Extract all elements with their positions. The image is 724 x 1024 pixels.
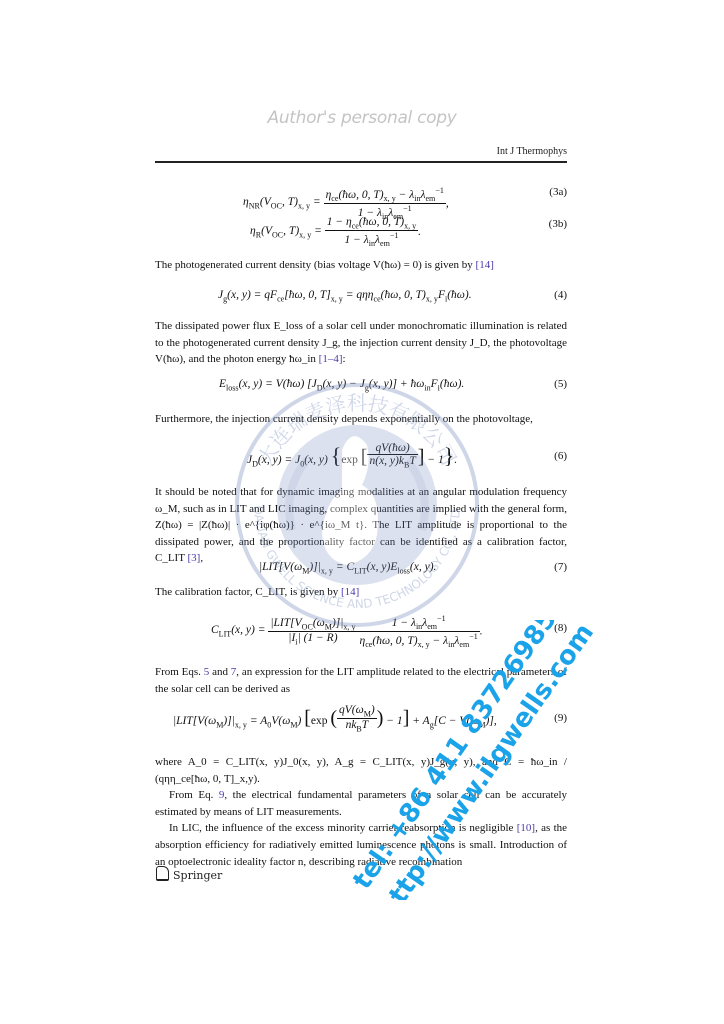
publisher-footer: Springer	[156, 866, 222, 882]
equation-3a: ηNR(VOC, T)x, y = ηce(ħω, 0, T)x, y − λi…	[155, 178, 567, 212]
citation-link[interactable]: [14]	[476, 259, 494, 271]
paragraph: From Eq. 9, the electrical fundamental p…	[155, 787, 567, 820]
paragraph: The dissipated power flux E_loss of a so…	[155, 318, 567, 368]
paragraph: From Eqs. 5 and 7, an expression for the…	[155, 664, 567, 697]
equation-4: Jg(x, y) = qFce[ħω, 0, T]x, y = qηηce(ħω…	[155, 289, 567, 307]
equation-9: |LIT[V(ωM)]|x, y = A0V(ωM) [exp (qV(ωM)n…	[155, 700, 567, 740]
springer-horse-icon	[156, 866, 169, 881]
paragraph: where A_0 = C_LIT(x, y)J_0(x, y), A_g = …	[155, 754, 567, 787]
paragraph: It should be noted that for dynamic imag…	[155, 484, 567, 567]
equation-number: (3a)	[549, 186, 567, 198]
header-rule	[155, 161, 567, 163]
paragraph: The calibration factor, C_LIT, is given …	[155, 584, 567, 601]
equation-number: (3b)	[549, 218, 567, 230]
running-head: Int J Thermophys	[497, 146, 567, 157]
author-copy-banner: Author's personal copy	[0, 108, 724, 128]
publisher-name: Springer	[173, 869, 222, 882]
equation-number: (5)	[554, 378, 567, 390]
paragraph: The photogenerated current density (bias…	[155, 257, 567, 274]
equation-number: (6)	[554, 450, 567, 462]
equation-link[interactable]: 5	[204, 666, 210, 678]
equation-5: Eloss(x, y) = V(ħω) [JD(x, y) − Jg(x, y)…	[155, 378, 567, 396]
equation-3b: ηR(VOC, T)x, y = 1 − ηce(ħω, 0, T)x, y1 …	[155, 212, 567, 246]
paragraph: Furthermore, the injection current densi…	[155, 411, 567, 428]
paragraph-block: where A_0 = C_LIT(x, y)J_0(x, y), A_g = …	[155, 754, 567, 870]
equation-7: |LIT[V(ωM)]|x, y = CLIT(x, y)Eloss(x, y)…	[155, 561, 567, 579]
equation-number: (7)	[554, 561, 567, 573]
paragraph: In LIC, the influence of the excess mino…	[155, 820, 567, 870]
equation-6: JD(x, y) = J0(x, y) {exp [qV(ħω)n(x, y)k…	[155, 438, 567, 476]
equation-8: CLIT(x, y) = |LIT[VOC(ωM)]|x, y|Ii| (1 −…	[155, 610, 567, 650]
citation-link[interactable]: [1–4]	[319, 353, 343, 365]
document-page: Author's personal copy Int J Thermophys …	[0, 0, 724, 1024]
equation-number: (8)	[554, 622, 567, 634]
equation-number: (9)	[554, 712, 567, 724]
citation-link[interactable]: [10]	[517, 822, 535, 834]
equation-number: (4)	[554, 289, 567, 301]
citation-link[interactable]: [14]	[341, 586, 359, 598]
